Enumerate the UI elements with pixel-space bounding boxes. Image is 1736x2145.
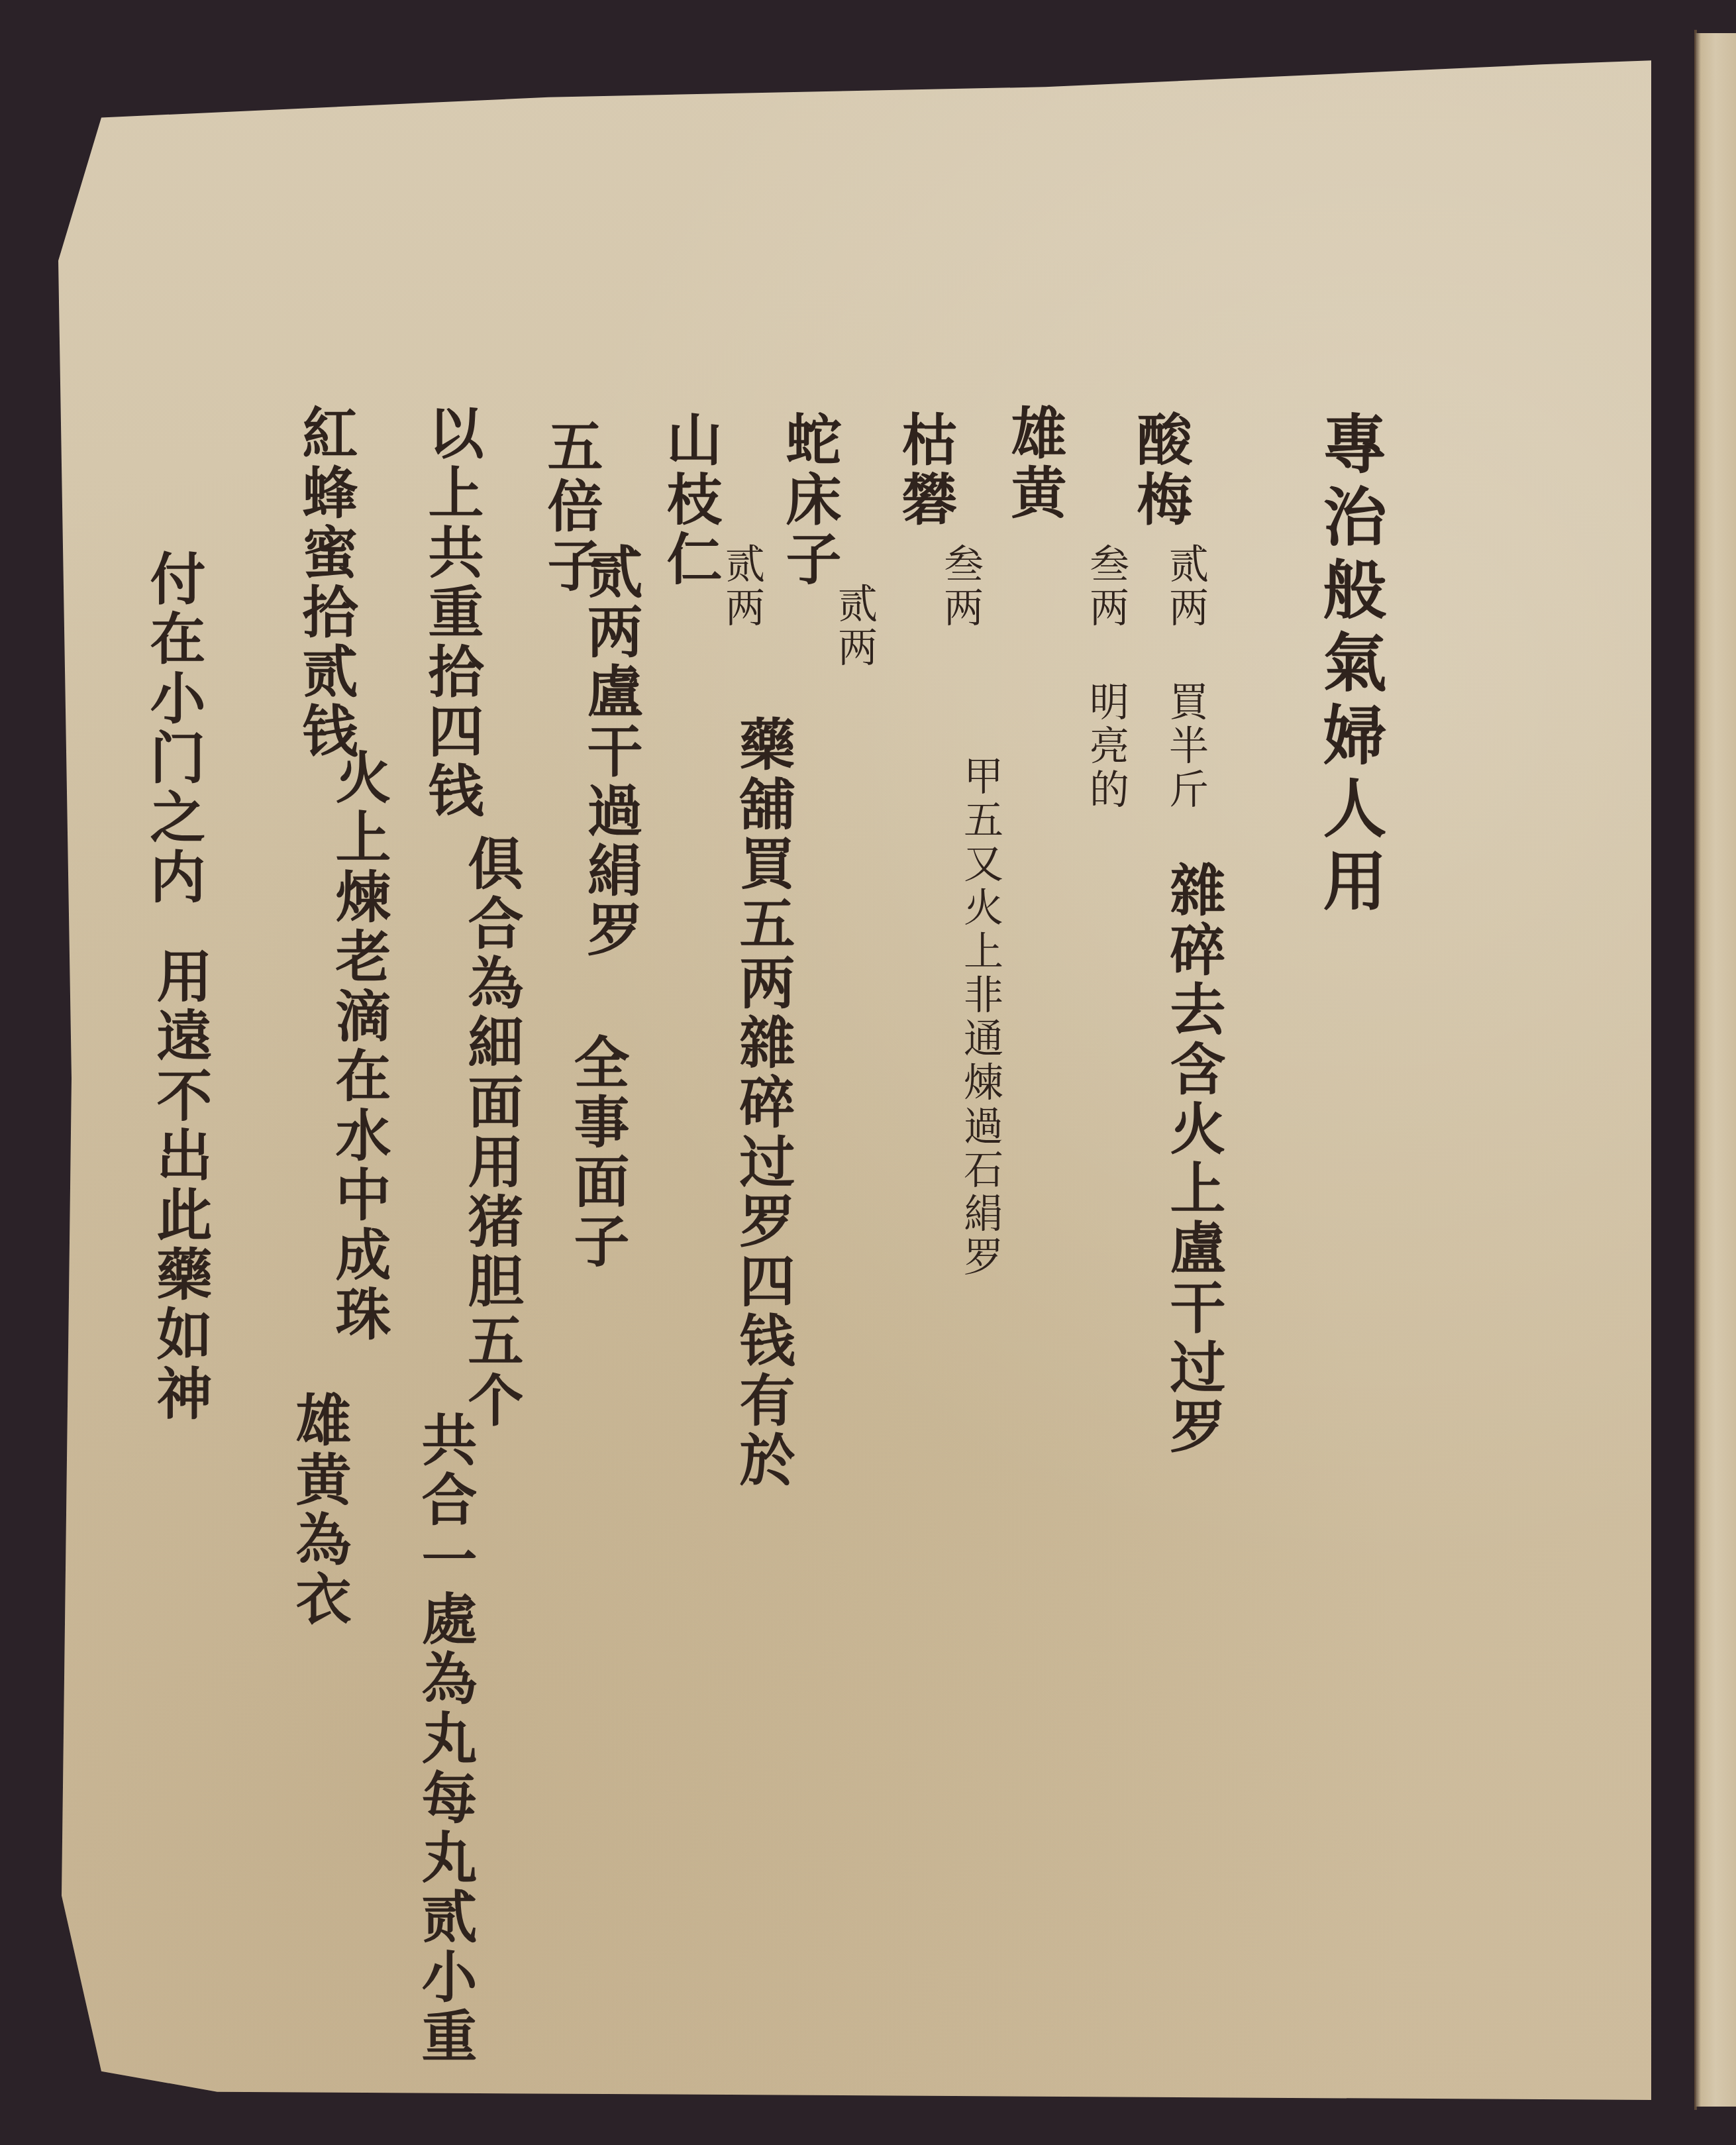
total-weight-line: 以上共重拾四钱 [424,404,480,821]
ingredient-note-gallnut: 贰两盧干過絹罗 [583,543,638,961]
ingredient-prep-gallnut: 全事面子 [570,1033,625,1272]
manuscript-page [52,56,1708,2100]
coating-instruction: 雄黄為衣 [291,1391,347,1630]
ingredient-name-realgar: 雄黄 [1007,404,1062,523]
ingredient-note-realgar: 叁两 明亮的 [1086,543,1126,812]
ingredient-prep-sour-plum: 雜碎去含火上盧干过罗 [1166,861,1221,1457]
pill-instruction: 共合一處為丸每丸贰小重 [417,1411,473,2067]
ingredient-prep-alum: 甲五又火上非通煉過石絹罗 [960,755,1000,1280]
mixing-instruction: 俱合為細面用猪胆五个 [464,835,519,1431]
ingredient-note-cnidium: 贰两 [835,583,874,670]
ingredient-note-alum: 叁两 [941,543,980,631]
honey-line: 紅蜂蜜拾贰钱 [298,404,354,762]
ingredient-name-cnidium: 蛇床子 [782,411,837,590]
ingredient-note-gardenia: 贰两 [722,543,762,631]
efficacy-line: 用遠不出此藥如神 [152,947,208,1424]
honey-preparation: 火上煉老滴在水中成珠 [331,749,387,1345]
ingredient-name-gardenia: 山枝仁 [662,411,718,590]
ingredient-name-sour-plum: 酸梅 [1133,411,1188,530]
ingredient-name-alum: 枯礬 [897,411,953,530]
ingredient-prep-gardenia: 藥舖買五两雜碎过罗四钱有於 [735,715,791,1491]
ingredient-note-sour-plum: 贰两 買半斤 [1166,543,1205,812]
adjacent-page-edge [1696,33,1736,2107]
usage-line: 付在小门之内 [146,550,201,908]
title-column: 專治般氣婦人用 [1318,411,1382,921]
